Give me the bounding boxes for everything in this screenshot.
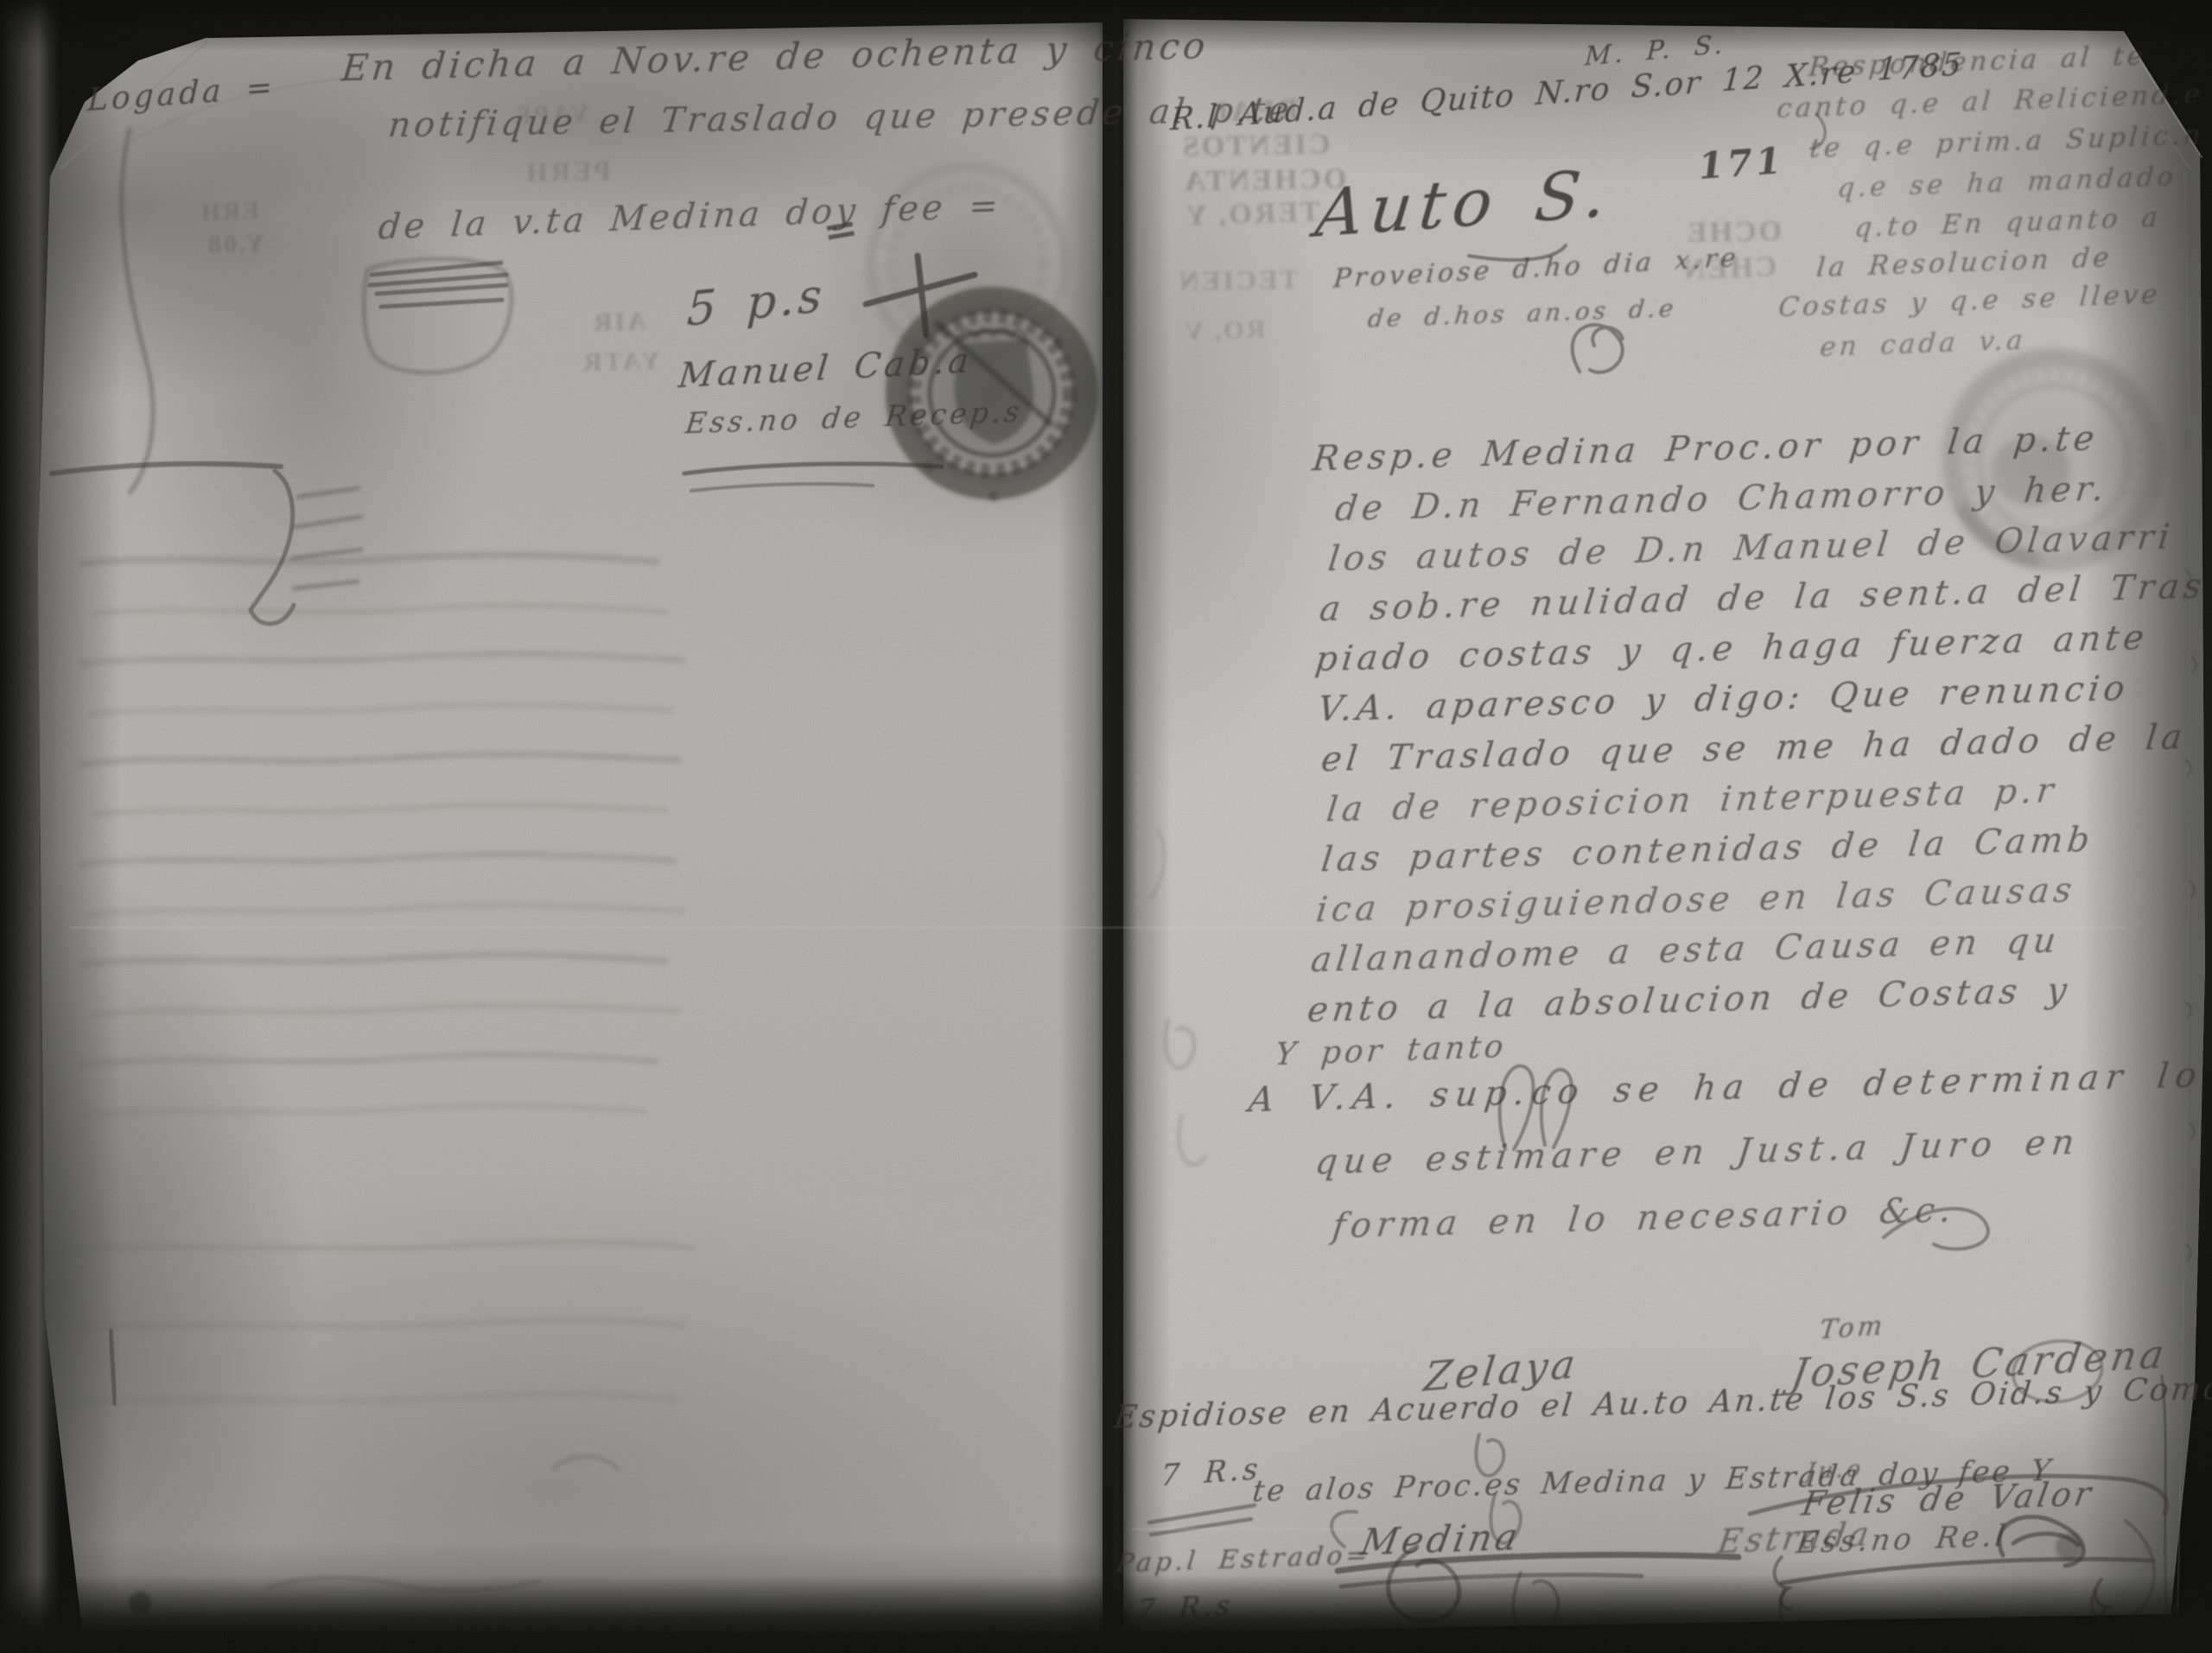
- letterpress-bleed-fragment: OCHE: [1685, 215, 1783, 250]
- letterpress-bleed-fragment: CHEN: [1681, 251, 1777, 287]
- cert-signature-medina: Medina: [1357, 1516, 1524, 1564]
- letterpress-bleed-fragment: CIENTOS: [1180, 128, 1331, 163]
- clerk-super: Ju.o: [1804, 1455, 1866, 1485]
- letterpress-bleed-fragment: TECIEN: [1177, 264, 1299, 297]
- letterpress-bleed-fragment: REAL: [1205, 93, 1299, 130]
- letterpress-bleed-fragment: Y.08: [206, 229, 265, 259]
- equals-mark: =: [819, 202, 865, 257]
- manuscript-scan: Logada = En dicha a Nov.re de ochenta y …: [0, 0, 2212, 1653]
- letterpress-bleed-fragment: VAPE: [511, 99, 589, 130]
- letterpress-bleed-fragment: TERO, Y: [1183, 195, 1320, 232]
- letterpress-bleed-fragment: ERH: [198, 198, 259, 227]
- letterpress-bleed-fragment: OCHENTA: [1182, 162, 1347, 198]
- letterpress-bleed-fragment: YATR: [581, 346, 661, 378]
- folio-number: 171: [1697, 139, 1786, 188]
- letterpress-bleed-fragment: AIR: [590, 307, 646, 338]
- certification-fee-note: 7 R.s: [1160, 1452, 1262, 1493]
- photo-top-shadow: [0, 0, 2212, 52]
- signature-joseph-super: Tom: [1818, 1311, 1887, 1346]
- photo-bottom-shadow: [0, 1575, 2212, 1653]
- letterpress-bleed-fragment: RO, V: [1181, 315, 1265, 346]
- letterpress-bleed-fragment: PERH: [524, 155, 612, 188]
